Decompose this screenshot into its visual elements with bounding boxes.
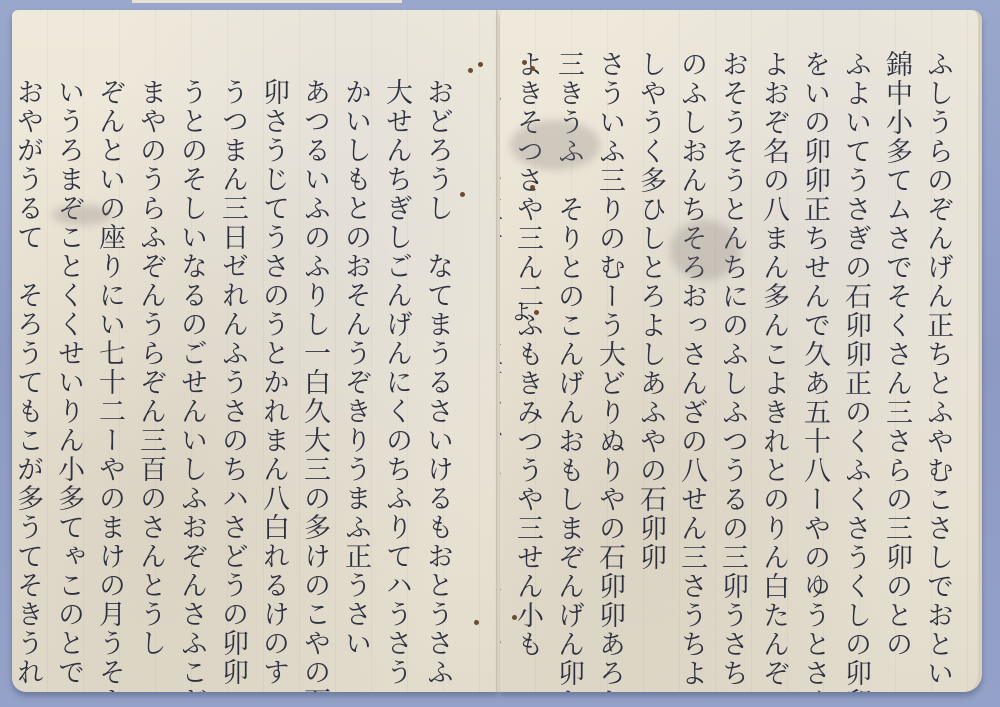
text-column: おやがうるて そろうてもこが多うてそきうれ xyxy=(12,78,48,672)
text-column: うとのそしいなるのごせんいしふおぞんさふこだ xyxy=(171,78,212,672)
top-edge-strip xyxy=(132,0,402,3)
text-column: 卯さうじてうさのうとかれまん八白れるけのす xyxy=(253,78,294,672)
foxing-spot xyxy=(478,62,483,67)
text-column: かいしもとのおそんうぞきりうまふ正うさい xyxy=(335,78,376,672)
text-column: ふしうらのぞんげん正ちとふやむこさしでおとい xyxy=(917,50,958,672)
text-column: 錦中小多てムさでそくさん三さらの三卯のとの xyxy=(876,50,917,672)
foxing-spot xyxy=(534,310,539,315)
open-manuscript-book: おどろうし なてまうるさいけるもおとうさふハ 大せんちぎしごんげんにくのちふりて… xyxy=(12,10,990,692)
foxing-spot xyxy=(530,66,535,71)
right-page-text-columns: ふしうらのぞんげん正ちとふやむこさしでおとい 錦中小多てムさでそくさん三さらの三… xyxy=(660,50,958,672)
foxing-spot xyxy=(512,615,517,620)
text-column: いうろまぞことくくせいりん小多てゃこのとでハ xyxy=(48,78,89,672)
foxing-spot xyxy=(460,192,465,197)
text-column: ぞんといの座りにい七十二ーやのまけの月うそよ xyxy=(89,78,130,672)
left-page-text-columns: おどろうし なてまうるさいけるもおとうさふハ 大せんちぎしごんげんにくのちふりて… xyxy=(32,78,458,672)
paper-stain xyxy=(52,205,112,225)
foxing-spot xyxy=(468,68,473,73)
right-page: よ ふしうらのぞんげん正ちとふやむこさしでおとい 錦中小多てムさでそくさん三さら… xyxy=(500,10,982,692)
text-column: ふよいてうさぎの石卯卯正のくふくさうくしの卯卯 xyxy=(835,50,876,672)
foxing-spot xyxy=(522,60,527,65)
text-column: うつまん三日ゼれんふうさのちハさどうの卯卯 xyxy=(212,78,253,672)
text-column: あつるいふのふりし一白久大三の多けのこやの石め xyxy=(294,78,335,672)
text-column: しやうく多ひしとろよしあふやの石卯卯 xyxy=(630,50,671,672)
left-page: おどろうし なてまうるさいけるもおとうさふハ 大せんちぎしごんげんにくのちふりて… xyxy=(12,10,498,692)
text-column: をいの卯卯正ちせんで久あ五十八ーやのゆうとさく xyxy=(794,50,835,672)
text-column: きみつさや三千うくの三百ごぞんさもあんじやうし xyxy=(500,50,507,672)
paper-stain xyxy=(510,120,600,170)
text-column: よおぞ名の八まん多んこよきれとのりん白たんぞ xyxy=(753,50,794,672)
text-column: 大せんちぎしごんげんにくのちふりてハうさう xyxy=(376,78,417,672)
text-column: おどろうし なてまうるさいけるもおとうさふハ xyxy=(417,78,458,672)
text-column: まやのうらふぞんうらぞん三百のさんとうし xyxy=(130,78,171,672)
paper-stain xyxy=(670,220,740,280)
text-column: のふしおんちそろおっさんざの八せん三さうちよ xyxy=(671,50,712,672)
foxing-spot xyxy=(530,185,535,190)
text-column: おそうそうとんちにのふしふつうるの三卯うさち xyxy=(712,50,753,672)
foxing-spot xyxy=(474,620,479,625)
